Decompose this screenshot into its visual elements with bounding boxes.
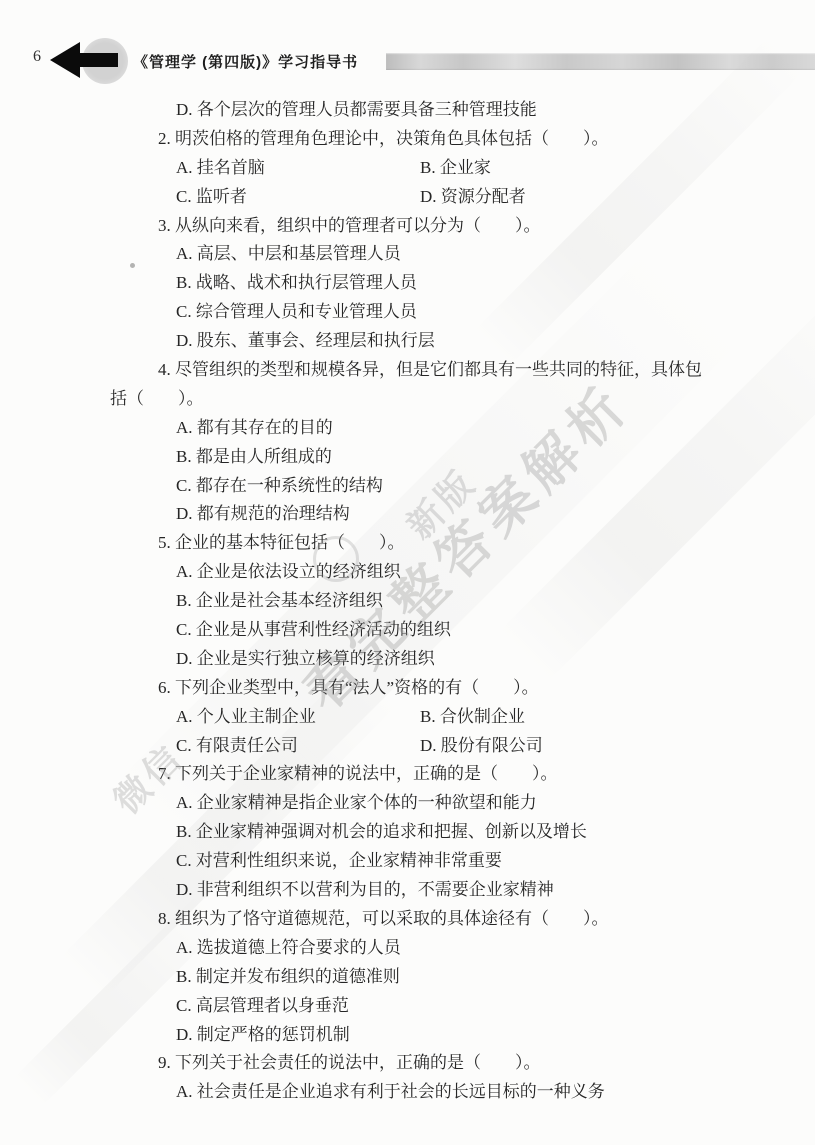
question-2-option-c: C. 监听者 (176, 187, 247, 206)
question-7-option-b: B. 企业家精神强调对机会的追求和把握、创新以及增长 (110, 818, 760, 847)
question-4-option-b: B. 都是由人所组成的 (110, 443, 760, 472)
question-3-option-d: D. 股东、董事会、经理层和执行层 (110, 327, 760, 356)
question-8-option-d: D. 制定严格的惩罚机制 (110, 1021, 760, 1050)
question-6-options-row-1: A. 个人业主制企业 B. 合伙制企业 (110, 703, 760, 732)
question-list: D. 各个层次的管理人员都需要具备三种管理技能 2. 明茨伯格的管理角色理论中，… (110, 96, 760, 1107)
question-5-option-d: D. 企业是实行独立核算的经济组织 (110, 645, 760, 674)
question-6-option-b: B. 合伙制企业 (420, 703, 525, 732)
question-5-option-c: C. 企业是从事营利性经济活动的组织 (110, 616, 760, 645)
question-8-stem: 8. 组织为了恪守道德规范，可以采取的具体途径有（ ）。 (110, 905, 760, 934)
question-7-stem: 7. 下列关于企业家精神的说法中，正确的是（ ）。 (110, 760, 760, 789)
question-1-option-d: D. 各个层次的管理人员都需要具备三种管理技能 (110, 96, 760, 125)
question-9-stem: 9. 下列关于社会责任的说法中，正确的是（ ）。 (110, 1049, 760, 1078)
question-4-stem-line-2: 括（ ）。 (110, 385, 760, 414)
question-8-option-c: C. 高层管理者以身垂范 (110, 992, 760, 1021)
question-8-option-a: A. 选拔道德上符合要求的人员 (110, 934, 760, 963)
header-decoration-bar (386, 53, 815, 70)
question-2-stem: 2. 明茨伯格的管理角色理论中，决策角色具体包括（ ）。 (110, 125, 760, 154)
question-6-options-row-2: C. 有限责任公司 D. 股份有限公司 (110, 732, 760, 761)
question-2-option-d: D. 资源分配者 (420, 183, 526, 212)
page-number: 6 (33, 48, 41, 66)
question-3-option-c: C. 综合管理人员和专业管理人员 (110, 298, 760, 327)
scanned-book-page: 6 《管理学 (第四版)》学习指导书 微信 新版 看完整答案解析 D. 各个层次… (0, 0, 815, 1145)
question-9-option-a: A. 社会责任是企业追求有利于社会的长远目标的一种义务 (110, 1078, 760, 1107)
back-arrow-icon (46, 40, 122, 80)
question-7-option-c: C. 对营利性组织来说，企业家精神非常重要 (110, 847, 760, 876)
question-7-option-a: A. 企业家精神是指企业家个体的一种欲望和能力 (110, 789, 760, 818)
question-5-option-b: B. 企业是社会基本经济组织 (110, 587, 760, 616)
question-2-options-row-2: C. 监听者 D. 资源分配者 (110, 183, 760, 212)
question-2-option-b: B. 企业家 (420, 154, 491, 183)
question-4-option-a: A. 都有其存在的目的 (110, 414, 760, 443)
question-5-option-a: A. 企业是依法设立的经济组织 (110, 558, 760, 587)
question-6-stem: 6. 下列企业类型中，具有“法人”资格的有（ ）。 (110, 674, 760, 703)
question-4-option-d: D. 都有规范的治理结构 (110, 500, 760, 529)
question-3-option-a: A. 高层、中层和基层管理人员 (110, 240, 760, 269)
question-2-option-a: A. 挂名首脑 (176, 158, 265, 177)
question-3-stem: 3. 从纵向来看，组织中的管理者可以分为（ ）。 (110, 212, 760, 241)
watermark-circle-stamp (313, 536, 359, 582)
question-3-option-b: B. 战略、战术和执行层管理人员 (110, 269, 760, 298)
question-6-option-a: A. 个人业主制企业 (176, 707, 316, 726)
book-title: 《管理学 (第四版)》学习指导书 (133, 51, 358, 72)
question-7-option-d: D. 非营利组织不以营利为目的，不需要企业家精神 (110, 876, 760, 905)
question-4-option-c: C. 都存在一种系统性的结构 (110, 472, 760, 501)
question-6-option-c: C. 有限责任公司 (176, 736, 298, 755)
question-6-option-d: D. 股份有限公司 (420, 732, 543, 761)
question-2-options-row-1: A. 挂名首脑 B. 企业家 (110, 154, 760, 183)
question-4-stem-line-1: 4. 尽管组织的类型和规模各异，但是它们都具有一些共同的特征，具体包 (110, 356, 760, 385)
question-5-stem: 5. 企业的基本特征包括（ ）。 (110, 529, 760, 558)
question-8-option-b: B. 制定并发布组织的道德准则 (110, 963, 760, 992)
